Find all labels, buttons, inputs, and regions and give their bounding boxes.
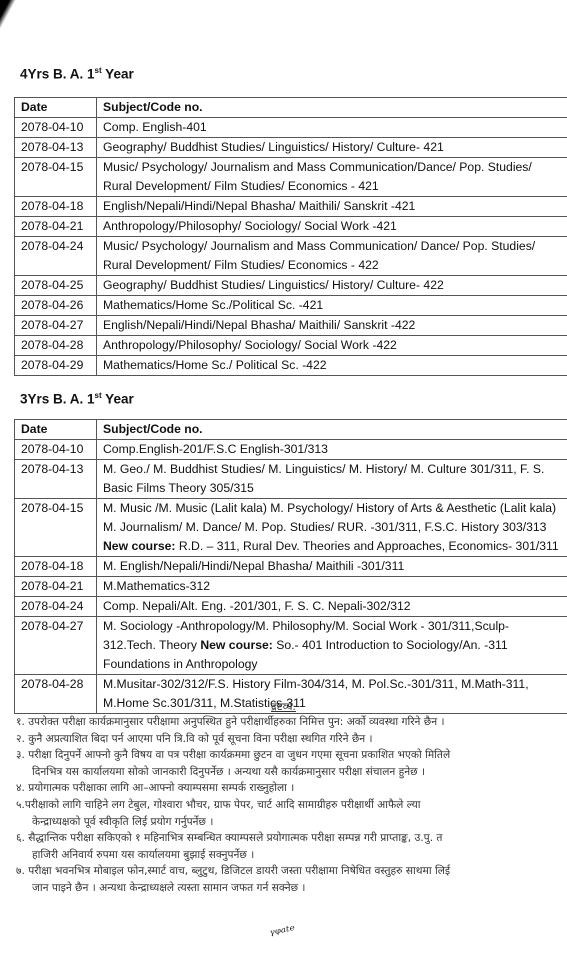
notes-heading: द्रष्टव्य: — [0, 700, 567, 714]
exam-date: 2078-04-15 — [15, 499, 97, 557]
exam-date: 2078-04-25 — [15, 276, 97, 296]
table-row: 2078-04-13M. Geo./ M. Buddhist Studies/ … — [15, 460, 567, 499]
exam-date: 2078-04-18 — [15, 557, 97, 577]
schedule-table-4yrs: Date Subject/Code no. 2078-04-10Comp. En… — [14, 97, 567, 376]
exam-date: 2078-04-13 — [15, 460, 97, 499]
exam-date: 2078-04-21 — [15, 217, 97, 237]
table-row: 2078-04-28Anthropology/Philosophy/ Socio… — [15, 336, 567, 356]
exam-subject: Comp.English-201/F.S.C English-301/313 — [97, 440, 567, 460]
table-row: 2078-04-27English/Nepali/Hindi/Nepal Bha… — [15, 316, 567, 336]
table-row: 2078-04-10Comp. English-401 — [15, 118, 567, 138]
note-item: २. कुनै अप्रत्याशित बिदा पर्न आएमा पनि त… — [16, 731, 567, 748]
table-row: 2078-04-10Comp.English-201/F.S.C English… — [15, 440, 567, 460]
exam-date: 2078-04-29 — [15, 356, 97, 376]
exam-subject: Geography/ Buddhist Studies/ Linguistics… — [97, 276, 567, 296]
note-item: १. उपरोक्त परीक्षा कार्यक्रमानुसार परीक्… — [16, 714, 567, 731]
note-item: ४. प्रयोगात्मक परीक्षाका लागि आ–आफ्नो क्… — [16, 780, 567, 797]
header-subject: Subject/Code no. — [97, 420, 567, 440]
table-row: 2078-04-18M. English/Nepali/Hindi/Nepal … — [15, 557, 567, 577]
schedule-table-3yrs: Date Subject/Code no. 2078-04-10Comp.Eng… — [14, 419, 567, 714]
table-row: 2078-04-21Anthropology/Philosophy/ Socio… — [15, 217, 567, 237]
note-item: ७. परीक्षा भवनभित्र मोबाइल फोन,स्मार्ट व… — [16, 863, 567, 896]
note-item: ५.परीक्षाको लागि चाहिने लग टेबुल, गोश्वा… — [16, 797, 567, 830]
header-date: Date — [15, 98, 97, 118]
table-row: 2078-04-25Geography/ Buddhist Studies/ L… — [15, 276, 567, 296]
exam-date: 2078-04-10 — [15, 440, 97, 460]
exam-subject: Comp. Nepali/Alt. Eng. -201/301, F. S. C… — [97, 597, 567, 617]
exam-date: 2078-04-24 — [15, 597, 97, 617]
table-row: 2078-04-15Music/ Psychology/ Journalism … — [15, 158, 567, 197]
exam-date: 2078-04-26 — [15, 296, 97, 316]
table-row: 2078-04-26Mathematics/Home Sc./Political… — [15, 296, 567, 316]
exam-date: 2078-04-15 — [15, 158, 97, 197]
table-row: 2078-04-24Music/ Psychology/ Journalism … — [15, 237, 567, 276]
table-row: 2078-04-13Geography/ Buddhist Studies/ L… — [15, 138, 567, 158]
notes-list: १. उपरोक्त परीक्षा कार्यक्रमानुसार परीक्… — [16, 714, 567, 897]
exam-date: 2078-04-13 — [15, 138, 97, 158]
header-subject: Subject/Code no. — [97, 98, 567, 118]
section-title-4yrs: 4Yrs B. A. 1st Year — [20, 66, 134, 82]
note-item: ३. परीक्षा दिनुपर्ने आफ्नो कुनै विषय वा … — [16, 747, 567, 780]
exam-subject: English/Nepali/Hindi/Nepal Bhasha/ Maith… — [97, 316, 567, 336]
exam-subject: Comp. English-401 — [97, 118, 567, 138]
table-row: 2078-04-15M. Music /M. Music (Lalit kala… — [15, 499, 567, 557]
exam-date: 2078-04-24 — [15, 237, 97, 276]
exam-subject: Music/ Psychology/ Journalism and Mass C… — [97, 158, 567, 197]
signature: ᵞᵠᵃᵗᵉ — [269, 923, 297, 944]
exam-subject: Mathematics/Home Sc./ Political Sc. -422 — [97, 356, 567, 376]
table-row: 2078-04-24Comp. Nepali/Alt. Eng. -201/30… — [15, 597, 567, 617]
header-date: Date — [15, 420, 97, 440]
table-row: 2078-04-29Mathematics/Home Sc./ Politica… — [15, 356, 567, 376]
scan-artifact — [0, 0, 16, 30]
exam-subject: Music/ Psychology/ Journalism and Mass C… — [97, 237, 567, 276]
exam-subject: M. English/Nepali/Hindi/Nepal Bhasha/ Ma… — [97, 557, 567, 577]
exam-subject: Geography/ Buddhist Studies/ Linguistics… — [97, 138, 567, 158]
exam-date: 2078-04-18 — [15, 197, 97, 217]
exam-date: 2078-04-10 — [15, 118, 97, 138]
exam-date: 2078-04-28 — [15, 336, 97, 356]
table-row: 2078-04-21M.Mathematics-312 — [15, 577, 567, 597]
note-item: ६. सैद्धान्तिक परीक्षा सकिएको १ महिनाभित… — [16, 830, 567, 863]
table-row: 2078-04-18English/Nepali/Hindi/Nepal Bha… — [15, 197, 567, 217]
exam-subject: M. Geo./ M. Buddhist Studies/ M. Linguis… — [97, 460, 567, 499]
exam-date: 2078-04-27 — [15, 617, 97, 675]
exam-subject: English/Nepali/Hindi/Nepal Bhasha/ Maith… — [97, 197, 567, 217]
exam-subject: M. Sociology -Anthropology/M. Philosophy… — [97, 617, 567, 675]
exam-date: 2078-04-27 — [15, 316, 97, 336]
exam-subject: Mathematics/Home Sc./Political Sc. -421 — [97, 296, 567, 316]
section-title-3yrs: 3Yrs B. A. 1st Year — [20, 391, 134, 407]
exam-subject: Anthropology/Philosophy/ Sociology/ Soci… — [97, 217, 567, 237]
exam-date: 2078-04-21 — [15, 577, 97, 597]
table-row: 2078-04-27M. Sociology -Anthropology/M. … — [15, 617, 567, 675]
exam-subject: M.Mathematics-312 — [97, 577, 567, 597]
exam-subject: Anthropology/Philosophy/ Sociology/ Soci… — [97, 336, 567, 356]
exam-subject: M. Music /M. Music (Lalit kala) M. Psych… — [97, 499, 567, 557]
